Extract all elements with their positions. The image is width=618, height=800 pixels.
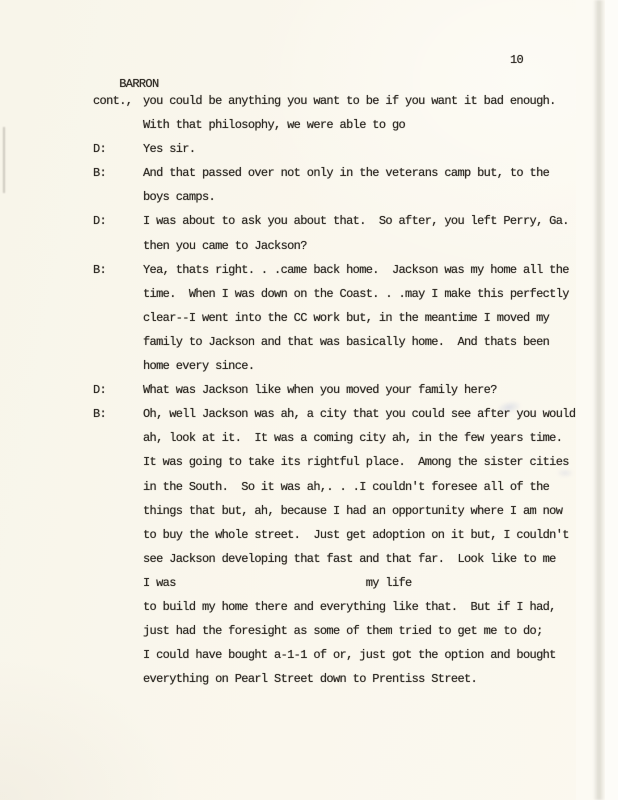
transcript-line: It was going to take its rightful place.…: [143, 450, 593, 474]
transcript-line: you could be anything you want to be if …: [143, 89, 593, 113]
speaker-label: cont.,: [93, 89, 143, 113]
speaker-lines: you could be anything you want to be if …: [143, 89, 593, 137]
transcript-line: Yes sir.: [143, 137, 593, 161]
transcript-line: Yea, thats right. . .came back home. Jac…: [143, 258, 593, 282]
transcript-row: D: Yes sir.: [93, 137, 593, 161]
transcript-line: What was Jackson like when you moved you…: [143, 378, 593, 402]
speaker-label: B:: [93, 258, 143, 282]
scan-artifact: [3, 127, 5, 193]
speaker-label: D:: [93, 137, 143, 161]
transcript-line: time. When I was down on the Coast. . .m…: [143, 282, 593, 306]
transcript-row: B: Oh, well Jackson was ah, a city that …: [93, 402, 593, 691]
transcript-line: to buy the whole street. Just get adopti…: [143, 523, 593, 547]
speaker-lines: Oh, well Jackson was ah, a city that you…: [143, 402, 593, 691]
transcript-line: family to Jackson and that was basically…: [143, 330, 593, 354]
transcript-line: I was about to ask you about that. So af…: [143, 209, 593, 233]
transcript-row: D: What was Jackson like when you moved …: [93, 378, 593, 402]
speaker-lines: I was about to ask you about that. So af…: [143, 209, 593, 257]
speaker-label: B:: [93, 402, 143, 426]
paper-edge-shadow: [593, 0, 605, 800]
transcript-line: And that passed over not only in the vet…: [143, 161, 593, 185]
transcript-line: I was my life: [143, 571, 593, 595]
transcript-line: to build my home there and everything li…: [143, 595, 593, 619]
transcript-line: ah, look at it. It was a coming city ah,…: [143, 426, 593, 450]
transcript-row: D: I was about to ask you about that. So…: [93, 209, 593, 257]
page-number: 10: [510, 48, 523, 72]
speaker-lines: And that passed over not only in the vet…: [143, 161, 593, 209]
transcript-line: With that philosophy, we were able to go: [143, 113, 593, 137]
transcript-line: see Jackson developing that fast and tha…: [143, 547, 593, 571]
speaker-label: D:: [93, 378, 143, 402]
transcript-line: everything on Pearl Street down to Prent…: [143, 667, 593, 691]
transcript-line: boys camps.: [143, 185, 593, 209]
transcript-line: just had the foresight as some of them t…: [143, 619, 593, 643]
speaker-lines: What was Jackson like when you moved you…: [143, 378, 593, 402]
transcript-line: then you came to Jackson?: [143, 234, 593, 258]
transcript-row: B: And that passed over not only in the …: [93, 161, 593, 209]
scanner-background: [605, 0, 618, 800]
speaker-label: D:: [93, 209, 143, 233]
transcript-line: Oh, well Jackson was ah, a city that you…: [143, 402, 593, 426]
transcript-row: cont., you could be anything you want to…: [93, 89, 593, 137]
document-page: BARRON 10 cont., you could be anything y…: [0, 0, 618, 800]
speaker-label: B:: [93, 161, 143, 185]
speaker-lines: Yea, thats right. . .came back home. Jac…: [143, 258, 593, 378]
transcript-row: B: Yea, thats right. . .came back home. …: [93, 258, 593, 378]
transcript-line: I could have bought a-1-1 of or, just go…: [143, 643, 593, 667]
transcript-line: in the South. So it was ah,. . .I couldn…: [143, 475, 593, 499]
transcript-line: clear--I went into the CC work but, in t…: [143, 306, 593, 330]
transcript: cont., you could be anything you want to…: [93, 89, 593, 691]
transcript-line: home every since.: [143, 354, 593, 378]
speaker-lines: Yes sir.: [143, 137, 593, 161]
transcript-line: things that but, ah, because I had an op…: [143, 499, 593, 523]
